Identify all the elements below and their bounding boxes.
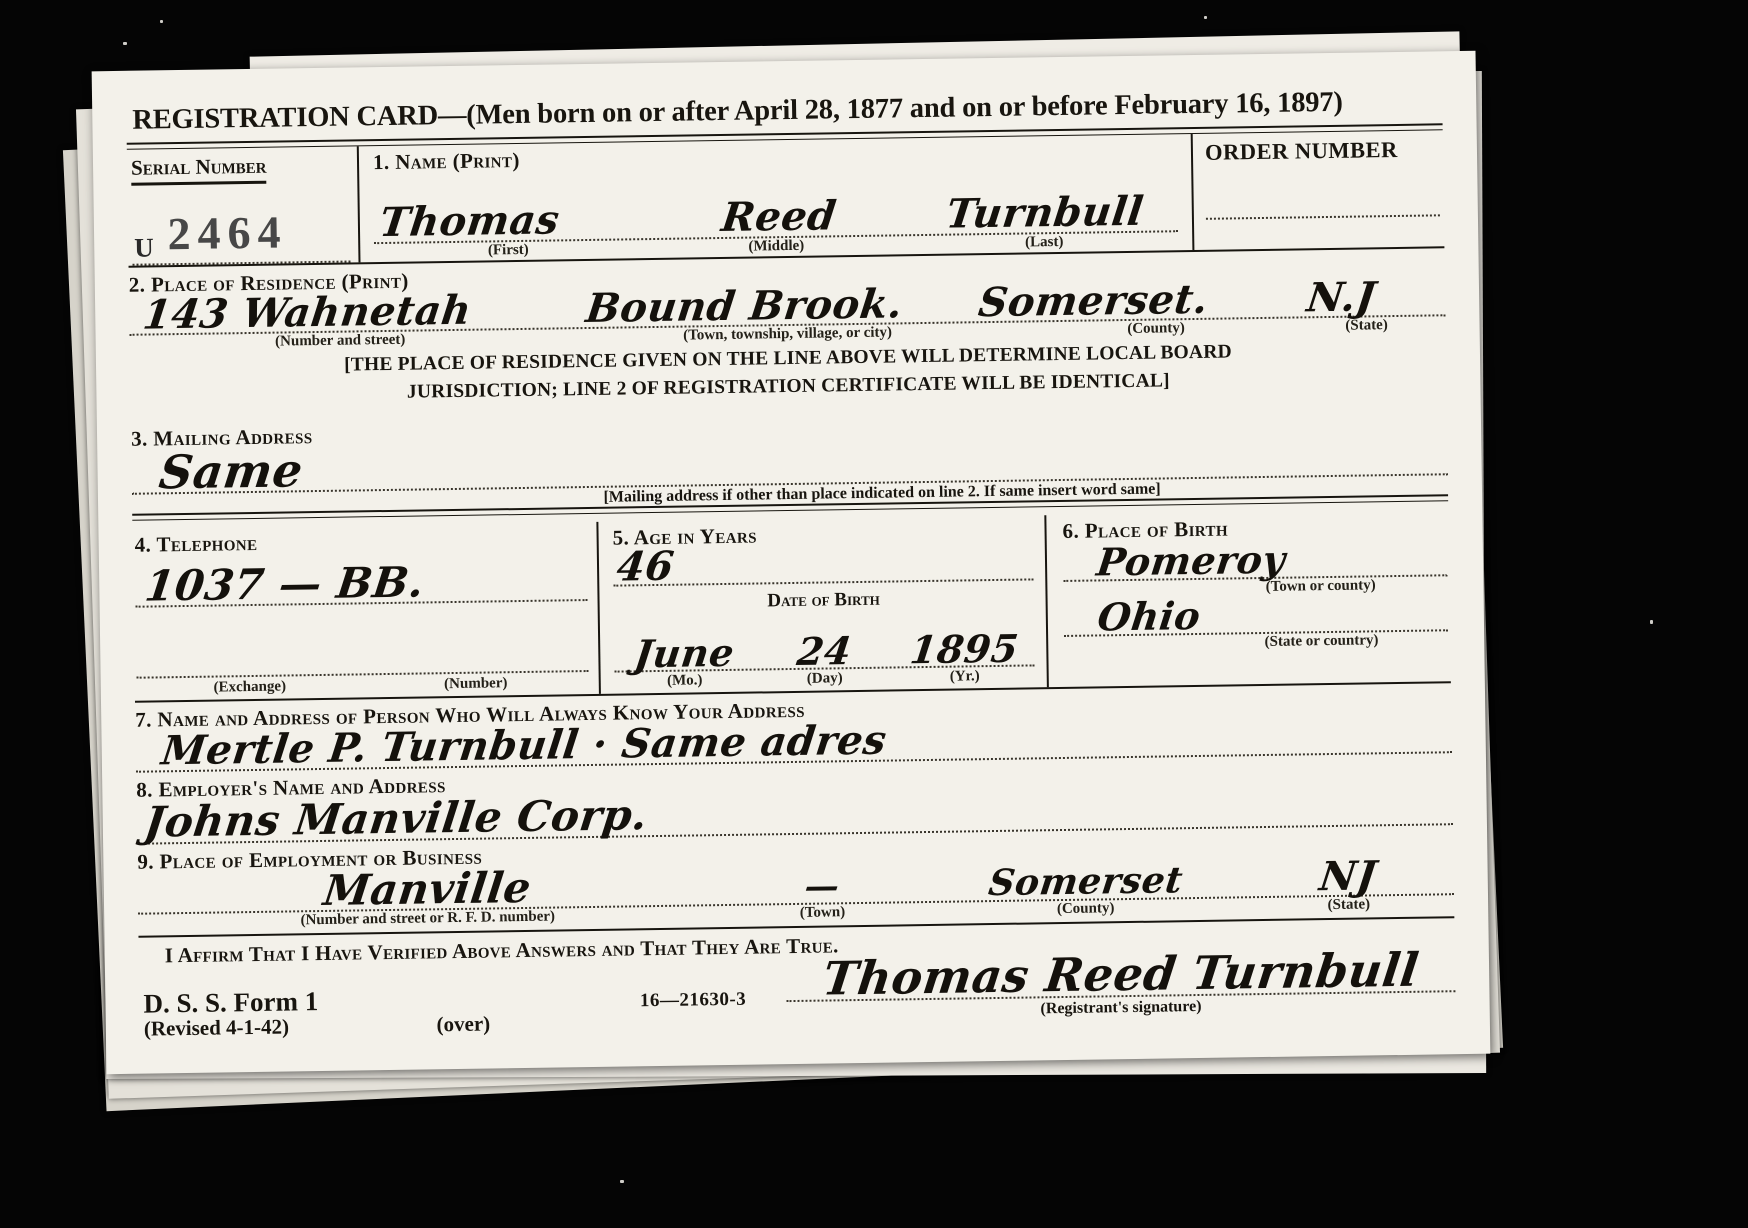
serial-number-box: Serial Number U 2464 (127, 146, 361, 265)
scan-speck (620, 1180, 624, 1183)
form-number: D. S. S. Form 1 (143, 987, 318, 1018)
contact-value: Mertle P. Turnbull · Same adres (133, 721, 888, 770)
dob-month-value: June (612, 636, 756, 670)
form-id-block: D. S. S. Form 1 (Revised 4-1-42) (139, 987, 318, 1041)
birthplace-town-value: Pomeroy (1061, 542, 1288, 580)
name-first-value: Thomas (372, 200, 649, 242)
telephone-label: 4. Telephone (134, 526, 586, 558)
dob-year-value: 1895 (892, 632, 1036, 666)
name-last-value: Turnbull (909, 192, 1180, 234)
telephone-exchange-sublabel: (Exchange) (137, 677, 363, 697)
form-revision: (Revised 4-1-42) (144, 1015, 319, 1041)
name-handwriting-line: Thomas Reed Turnbull (373, 163, 1178, 244)
residence-town-value: Bound Brook. (584, 286, 953, 327)
residence-state-value: N.J (1235, 278, 1448, 317)
signature-line: Thomas Reed Turnbull (786, 951, 1456, 1002)
telephone-handwriting-line: 1037 — BB. (135, 561, 588, 607)
serial-name-order-row: Serial Number U 2464 1. Name (Print) Tho… (127, 130, 1445, 268)
serial-number-value: 2464 (167, 211, 288, 254)
serial-prefix: U (134, 232, 154, 263)
scan-speck (160, 20, 163, 23)
registrant-signature: Thomas Reed Turnbull (821, 951, 1421, 997)
telephone-blank-line (136, 605, 589, 679)
mailing-address-value: Same (129, 451, 305, 493)
scan-speck (1204, 16, 1207, 19)
serial-number-line: U 2464 (131, 183, 350, 266)
name-middle-value: Reed (644, 196, 915, 238)
signature-block: Thomas Reed Turnbull (Registrant's signa… (786, 951, 1456, 1032)
dob-handwriting-line: June 24 1895 (614, 608, 1035, 672)
print-code: 16—21630-3 (640, 988, 747, 1012)
over-note: (over) (436, 1011, 490, 1037)
age-dob-box: 5. Age in Years 46 Date of Birth June 24… (598, 515, 1049, 694)
order-number-label: ORDER NUMBER (1205, 136, 1439, 165)
serial-number-label: Serial Number (131, 154, 267, 186)
scan-speck (1650, 620, 1653, 624)
employer-value: Johns Manville Corp. (134, 795, 650, 843)
telephone-age-birth-row: 4. Telephone 1037 — BB. (Exchange) (Numb… (132, 509, 1450, 703)
residence-county-value: Somerset. (948, 281, 1239, 321)
birthplace-state-line: Ohio (1064, 595, 1448, 637)
residence-section: 2. Place of Residence (Print) 143 Wahnet… (129, 248, 1447, 409)
dob-day-value: 24 (752, 634, 896, 668)
order-number-blank-line (1205, 162, 1440, 219)
employment-town-value: — (715, 870, 929, 904)
telephone-value: 1037 — BB. (133, 563, 426, 605)
birthplace-state-value: Ohio (1062, 599, 1203, 635)
age-handwriting-line: 46 (613, 544, 1033, 586)
birthplace-box: 6. Place of Birth Pomeroy (Town or count… (1046, 509, 1451, 687)
employment-county-value: Somerset (925, 863, 1245, 900)
employment-street-value: Manville (135, 866, 719, 912)
telephone-number-sublabel: (Number) (363, 674, 589, 694)
order-number-box: ORDER NUMBER (1191, 130, 1445, 250)
scan-speck (123, 42, 127, 45)
residence-street-value: 143 Wahnetah (127, 291, 588, 334)
registration-card: REGISTRATION CARD—(Men born on or after … (92, 51, 1491, 1074)
employment-state-value: NJ (1241, 857, 1456, 896)
age-value: 46 (611, 550, 676, 585)
birthplace-town-line: Pomeroy (1063, 540, 1447, 582)
name-box: 1. Name (Print) Thomas Reed Turnbull (Fi… (359, 134, 1193, 262)
telephone-box: 4. Telephone 1037 — BB. (Exchange) (Numb… (132, 522, 601, 701)
